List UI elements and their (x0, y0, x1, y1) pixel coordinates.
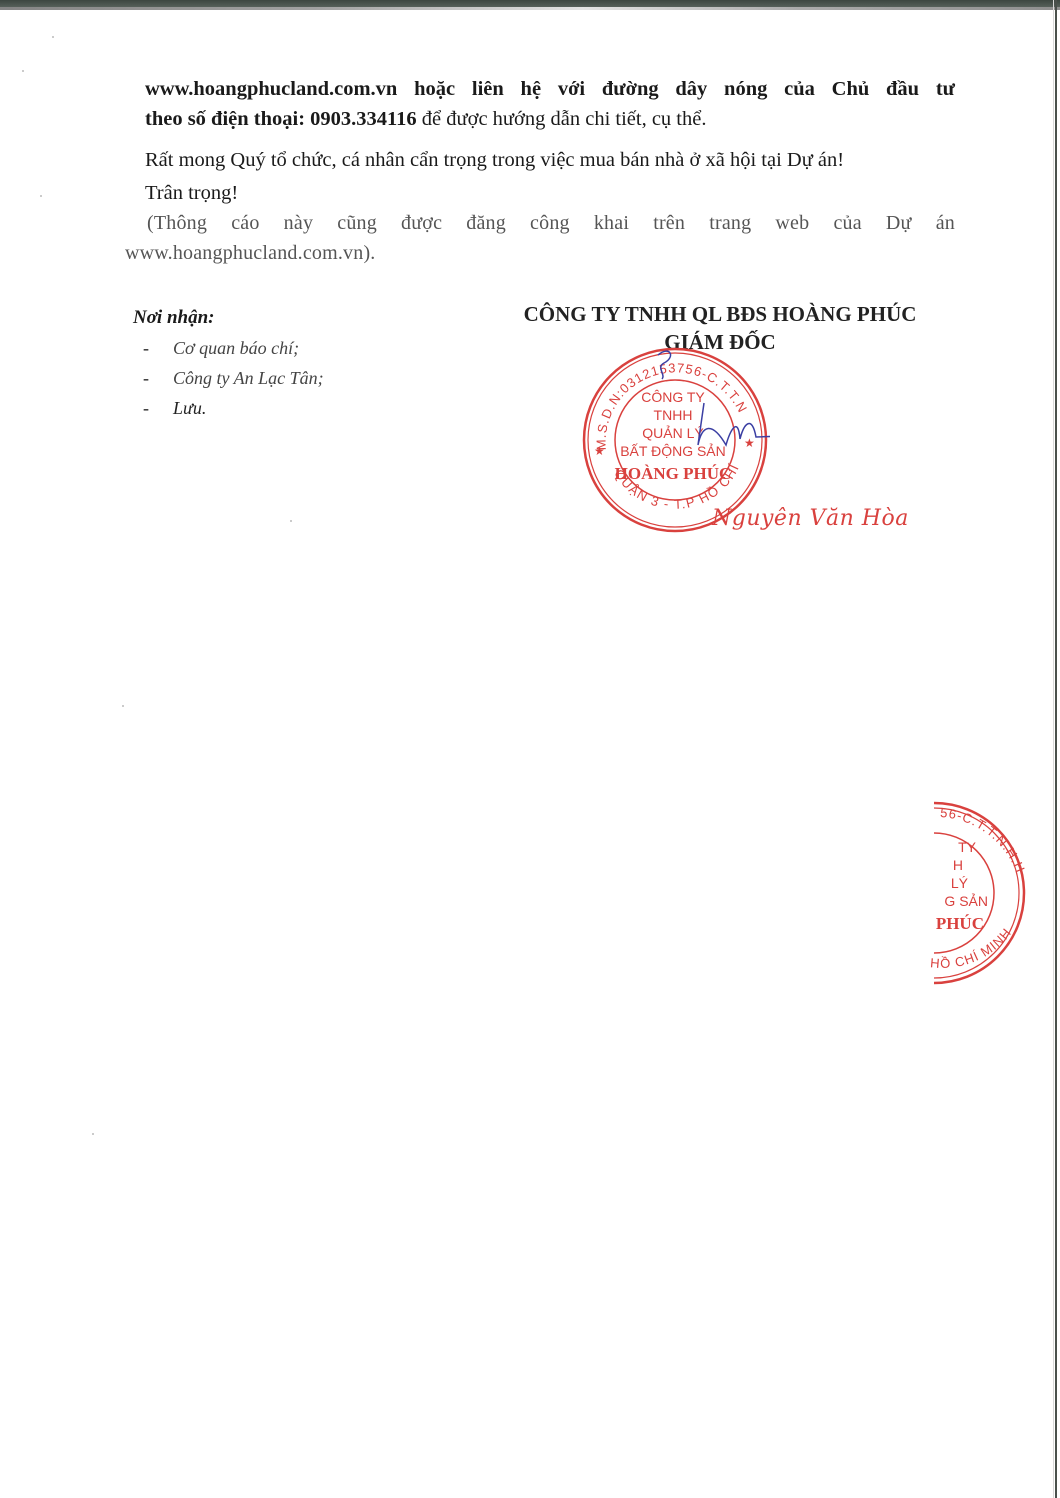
scan-edge-shadow (0, 7, 1060, 10)
body-line-1: www.hoangphucland.com.vn hoặc liên hệ vớ… (145, 74, 955, 104)
note-line-1: (Thông cáo này cũng được đăng công khai … (125, 208, 955, 238)
publication-note: (Thông cáo này cũng được đăng công khai … (125, 208, 955, 268)
caution-paragraph: Rất mong Quý tổ chức, cá nhân cẩn trọng … (145, 145, 955, 175)
closing-regards: Trân trọng! (145, 178, 955, 208)
stamp-center-name: HOÀNG PHÚC (615, 464, 732, 483)
recipients-list: -Cơ quan báo chí; -Công ty An Lạc Tân; -… (143, 333, 324, 423)
star-icon: ★ (744, 436, 755, 450)
stamp-center-line: BẤT ĐỘNG SẢN (620, 443, 726, 459)
recipient-text: Lưu. (173, 393, 206, 423)
scan-speck (290, 520, 292, 522)
website-and-hotline-text: www.hoangphucland.com.vn hoặc liên hệ vớ… (145, 78, 955, 100)
scan-edge-right-inner (1053, 0, 1054, 1498)
scan-edge-right (1055, 0, 1057, 1498)
partial-stamp-line: G SẢN (944, 893, 988, 909)
scan-speck (92, 1133, 94, 1135)
stamp-center-line: TNHH (654, 407, 693, 423)
partial-stamp-line: H (953, 857, 963, 873)
list-dash: - (143, 333, 173, 363)
partial-stamp-name: PHÚC (936, 914, 984, 933)
body-line-2: theo số điện thoại: 0903.334116 để được … (145, 104, 955, 134)
star-icon: ★ (594, 444, 605, 458)
partial-stamp-line: TY (958, 839, 977, 855)
scan-speck (22, 70, 24, 72)
note-line-2: www.hoangphucland.com.vn). (125, 238, 955, 268)
guidance-text: để được hướng dẫn chi tiết, cụ thể. (417, 108, 707, 130)
scan-speck (52, 36, 54, 38)
recipient-text: Cơ quan báo chí; (173, 333, 299, 363)
recipient-item: -Cơ quan báo chí; (143, 333, 324, 363)
phone-number-text: theo số điện thoại: 0903.334116 (145, 108, 417, 130)
recipients-title: Nơi nhận: (133, 307, 214, 329)
recipient-item: -Lưu. (143, 393, 324, 423)
partial-stamp-line: LÝ (951, 875, 969, 891)
scan-speck (122, 705, 124, 707)
scan-speck (40, 195, 42, 197)
list-dash: - (143, 363, 173, 393)
company-name: CÔNG TY TNHH QL BĐS HOÀNG PHÚC (505, 300, 935, 328)
stamp-center-line: CÔNG TY (641, 389, 705, 405)
signer-name: Nguyên Văn Hòa (712, 506, 909, 531)
partial-seal-stamp: 56-C.T.T.N.H.H HỒ CHÍ MINH TY H LÝ G SẢN… (860, 795, 1030, 990)
scan-edge-top (0, 0, 1060, 7)
stamp-center-line: QUẢN LÝ (642, 425, 704, 441)
recipient-item: -Công ty An Lạc Tân; (143, 363, 324, 393)
list-dash: - (143, 393, 173, 423)
recipient-text: Công ty An Lạc Tân; (173, 363, 324, 393)
